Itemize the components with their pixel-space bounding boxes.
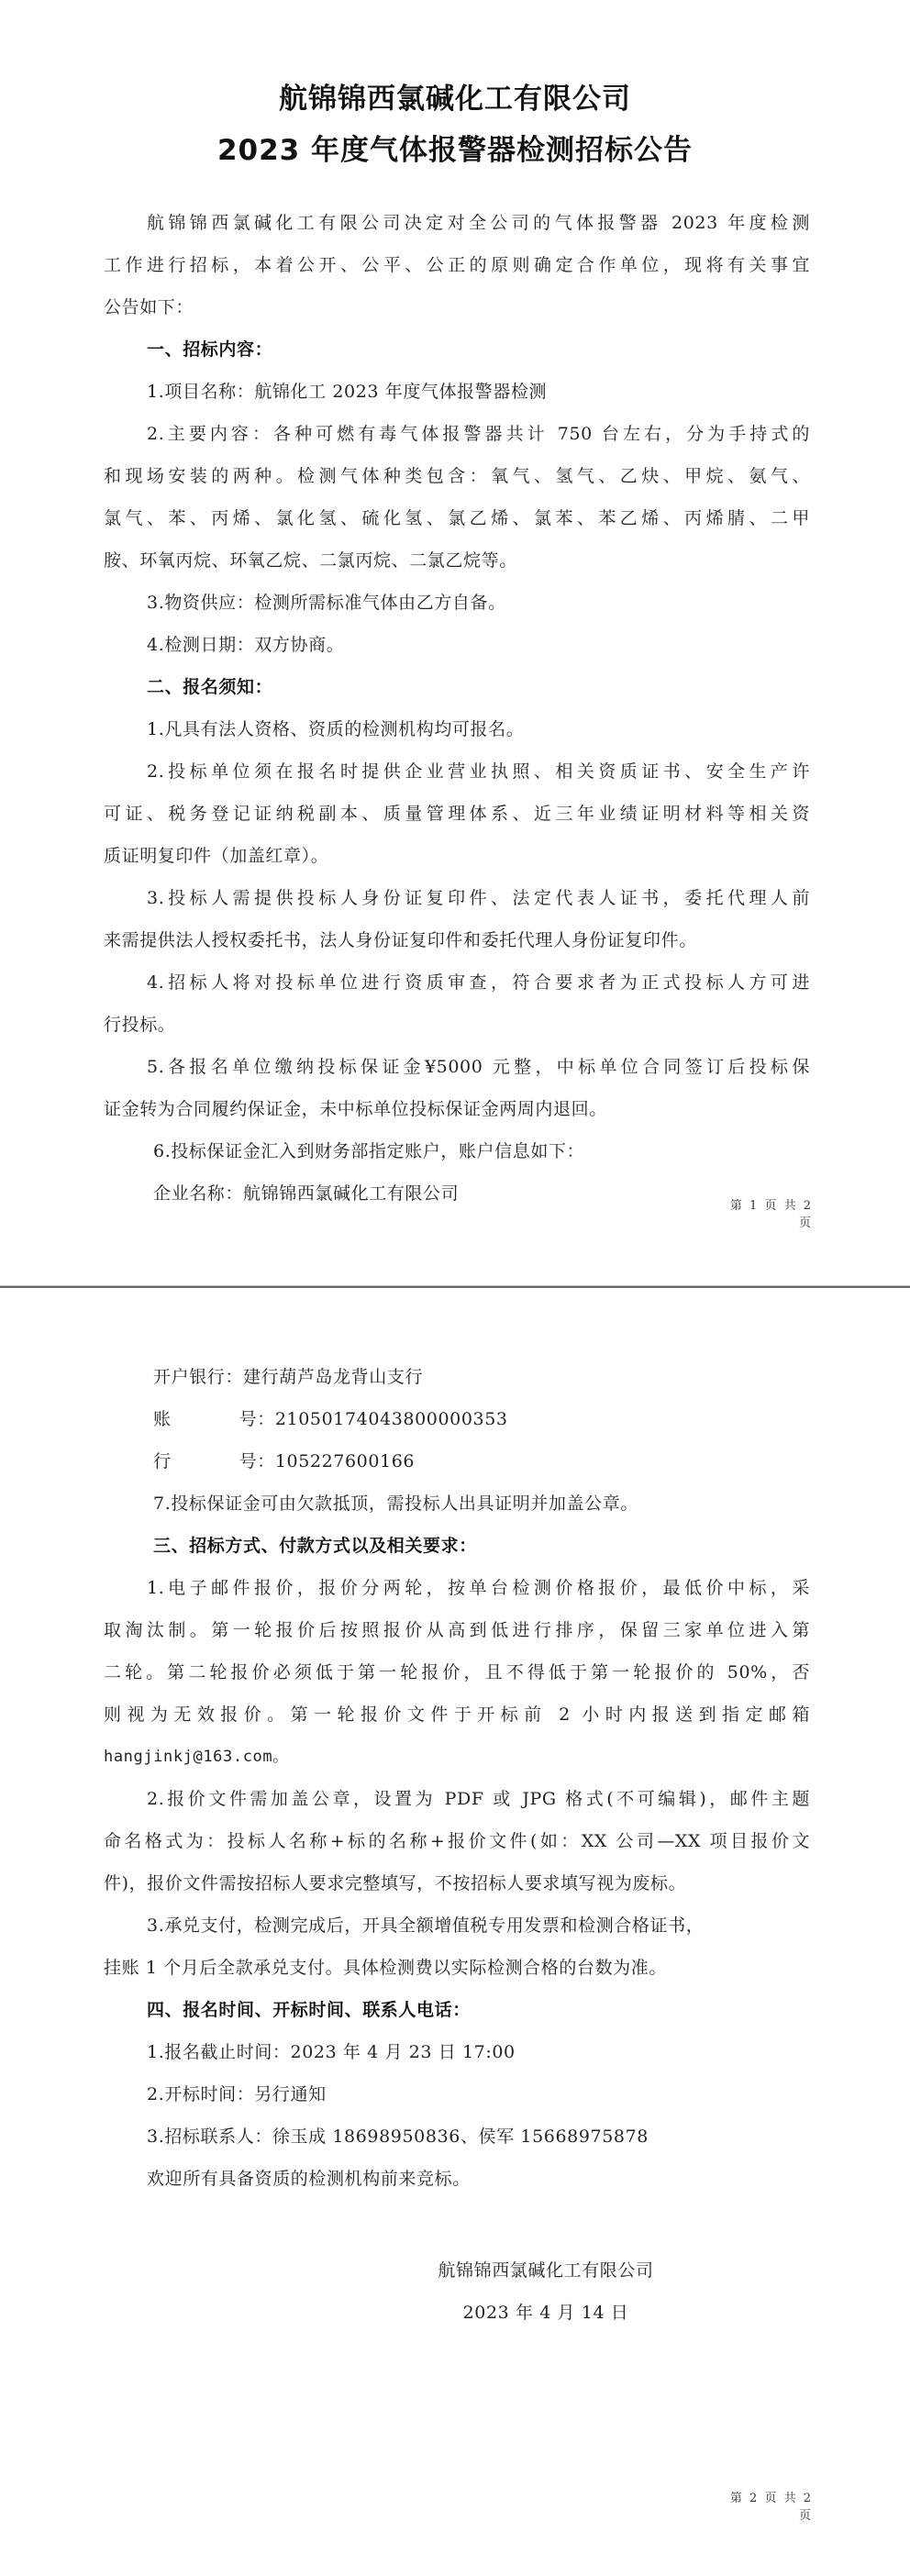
paragraph: 和现场安装的两种。检测气体种类包含：氧气、氢气、乙炔、甲烷、氨气、 [104, 462, 810, 487]
paragraph: 氯气、苯、丙烯、氯化氢、硫化氢、氯乙烯、氯苯、苯乙烯、丙烯腈、二甲 [104, 505, 810, 529]
paragraph: 来需提供法人授权委托书，法人身份证复印件和委托代理人身份证复印件。 [104, 927, 810, 951]
paragraph: 行投标。 [104, 1011, 810, 1036]
section-heading-3: 三、招标方式、付款方式以及相关要求： [153, 1532, 860, 1557]
account-number-row: 账号：21050174043800000353 [153, 1405, 860, 1430]
email-address: hangjinkj@163.com。 [104, 1743, 810, 1766]
account-number-label-suffix: 号： [239, 1409, 275, 1429]
account-bank-value: 建行葫芦岛龙背山支行 [243, 1367, 423, 1387]
bank-number-label-suffix: 号： [239, 1451, 275, 1471]
paragraph: 4.招标人将对投标单位进行资质审查，符合要求者为正式投标人方可进 [147, 969, 810, 994]
account-bank-row: 开户银行：建行葫芦岛龙背山支行 [153, 1363, 860, 1388]
paragraph: 质证明复印件（加盖红章）。 [104, 842, 810, 867]
paragraph: 2.报价文件需加盖公章，设置为 PDF 或 JPG 格式(不可编辑)，邮件主题 [147, 1785, 810, 1810]
section-heading-4: 四、报名时间、开标时间、联系人电话： [147, 1996, 853, 2021]
paragraph: 挂账 1 个月后全款承兑支付。具体检测费以实际检测合格的台数为准。 [104, 1954, 810, 1979]
account-bank-label: 开户银行： [153, 1367, 243, 1387]
paragraph: 2.投标单位须在报名时提供企业营业执照、相关资质证书、安全生产许 [147, 758, 810, 783]
intro-line: 航锦锦西氯碱化工有限公司决定对全公司的气体报警器 2023 年度检测 [147, 209, 810, 234]
paragraph: 2.开标时间：另行通知 [147, 2081, 853, 2105]
account-company-label: 企业名称： [153, 1183, 243, 1204]
document-page-1: 航锦锦西氯碱化工有限公司 2023 年度气体报警器检测招标公告 航锦锦西氯碱化工… [0, 0, 910, 1285]
paragraph: 胺、环氧丙烷、环氧乙烷、二氯丙烷、二氯乙烷等。 [104, 547, 810, 572]
section-heading-2: 二、报名须知： [147, 673, 853, 698]
signature-company: 航锦锦西氯碱化工有限公司 [385, 2257, 706, 2282]
signature-date: 2023 年 4 月 14 日 [385, 2299, 706, 2324]
account-number-label: 账 [153, 1409, 172, 1429]
paragraph: 7.投标保证金可由欠款抵顶，需投标人出具证明并加盖公章。 [153, 1490, 860, 1515]
bank-number-row: 行号：105227600166 [153, 1448, 860, 1472]
intro-line: 工作进行招标，本着公开、公平、公正的原则确定合作单位，现将有关事宜 [104, 251, 810, 276]
paragraph: 3.投标人需提供投标人身份证复印件、法定代表人证书，委托代理人前 [147, 884, 810, 909]
paragraph: 命名格式为：投标人名称+标的名称+报价文件(如：XX 公司—XX 项目报价文 [104, 1827, 810, 1852]
paragraph: 3.物资供应：检测所需标准气体由乙方自备。 [147, 589, 853, 614]
bank-number-value: 105227600166 [275, 1451, 415, 1471]
paragraph: 则视为无效报价。第一轮报价文件于开标前 2 小时内报送到指定邮箱 [104, 1701, 810, 1726]
paragraph: 可证、税务登记证纳税副本、质量管理体系、近三年业绩证明材料等相关资 [104, 800, 810, 825]
contact-line: 3.招标联系人：徐玉成 18698950836、侯军 15668975878 [147, 2123, 853, 2148]
document-title-notice: 2023 年度气体报警器检测招标公告 [0, 127, 910, 168]
bank-number-label: 行 [153, 1451, 172, 1471]
paragraph: 1.报名截止时间：2023 年 4 月 23 日 17:00 [147, 2038, 853, 2063]
paragraph: 5.各报名单位缴纳投标保证金¥5000 元整，中标单位合同签订后投标保 [147, 1053, 810, 1078]
paragraph: 1.电子邮件报价，报价分两轮，按单台检测价格报价，最低价中标，采 [147, 1574, 810, 1599]
page-footer-2: 第 2 页 共 2 页 [725, 2488, 813, 2523]
account-company-value: 航锦锦西氯碱化工有限公司 [243, 1183, 459, 1204]
paragraph: 1.项目名称：航锦化工 2023 年度气体报警器检测 [147, 378, 853, 403]
paragraph: 2.主要内容：各种可燃有毒气体报警器共计 750 台左右，分为手持式的 [147, 420, 810, 445]
document-title-company: 航锦锦西氯碱化工有限公司 [0, 75, 910, 117]
paragraph: 4.检测日期：双方协商。 [147, 631, 853, 656]
intro-line: 公告如下： [104, 294, 810, 318]
paragraph: 3.承兑支付，检测完成后，开具全额增值税专用发票和检测合格证书， [147, 1912, 853, 1937]
paragraph: 取淘汰制。第一轮报价后按照报价从高到低进行排序，保留三家单位进入第 [104, 1616, 810, 1641]
paragraph: 6.投标保证金汇入到财务部指定账户，账户信息如下： [153, 1138, 860, 1162]
paragraph: 件)，报价文件需按招标人要求完整填写，不按招标人要求填写视为废标。 [104, 1870, 810, 1894]
document-page-2: 开户银行：建行葫芦岛龙背山支行 账号：21050174043800000353 … [0, 1288, 910, 2576]
paragraph: 二轮。第二轮报价必须低于第一轮报价，且不得低于第一轮报价的 50%，否 [104, 1659, 810, 1683]
account-number-value: 21050174043800000353 [275, 1409, 508, 1429]
paragraph: 1.凡具有法人资格、资质的检测机构均可报名。 [147, 716, 853, 740]
closing-line: 欢迎所有具备资质的检测机构前来竞标。 [147, 2165, 853, 2190]
section-heading-1: 一、招标内容： [147, 336, 853, 361]
page-footer-1: 第 1 页 共 2 页 [725, 1195, 813, 1230]
paragraph: 证金转为合同履约保证金，未中标单位投标保证金两周内退回。 [104, 1095, 810, 1120]
